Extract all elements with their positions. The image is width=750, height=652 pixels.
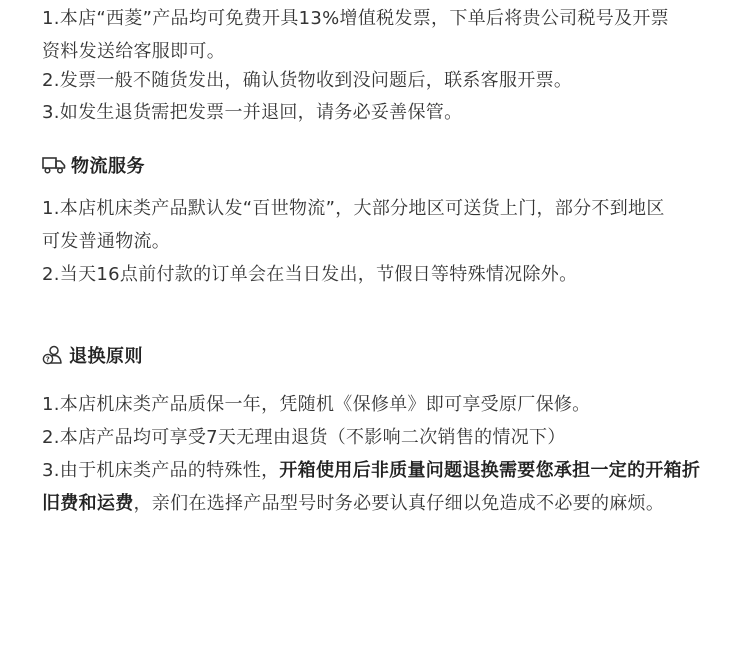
after-sales-info-page: 1.本店“西菱”产品均可免费开具13%增值税发票，下单后将贵公司税号及开票 资料… bbox=[0, 0, 750, 652]
returns-item-2-text: 2.本店产品均可享受7天无理由退货（不影响二次销售的情况下） bbox=[42, 427, 566, 448]
returns-title: 退换原则 bbox=[69, 342, 143, 368]
invoice-item-1: 1.本店“西菱”产品均可免费开具13%增值税发票，下单后将贵公司税号及开票 资料… bbox=[42, 2, 710, 68]
svg-text:?: ? bbox=[46, 356, 51, 364]
logistics-title: 物流服务 bbox=[71, 152, 145, 178]
truck-icon bbox=[42, 156, 66, 174]
invoice-item-2: 2.发票一般不随货发出，确认货物收到没问题后，联系客服开票。 bbox=[42, 64, 710, 97]
returns-item-2: 2.本店产品均可享受7天无理由退货（不影响二次销售的情况下） bbox=[42, 421, 710, 454]
logistics-heading: 物流服务 bbox=[42, 152, 145, 178]
invoice-item-3: 3.如发生退货需把发票一并退回，请务必妥善保管。 bbox=[42, 96, 710, 129]
returns-item-1: 1.本店机床类产品质保一年，凭随机《保修单》即可享受原厂保修。 bbox=[42, 388, 710, 421]
user-question-icon: ? bbox=[42, 345, 64, 365]
invoice-item-1-line2: 资料发送给客服即可。 bbox=[42, 41, 225, 62]
returns-item-3-suffix: ，亲们在选择产品型号时务必要认真仔细以免造成不必要的麻烦。 bbox=[134, 493, 665, 514]
returns-item-3-prefix: 3.由于机床类产品的特殊性， bbox=[42, 460, 279, 481]
logistics-item-2: 2.当天16点前付款的订单会在当日发出，节假日等特殊情况除外。 bbox=[42, 258, 710, 291]
logistics-item-1-line2: 可发普通物流。 bbox=[42, 231, 170, 252]
returns-item-3: 3.由于机床类产品的特殊性，开箱使用后非质量问题退换需要您承担一定的开箱折旧费和… bbox=[42, 454, 710, 520]
returns-item-1-text: 1.本店机床类产品质保一年，凭随机《保修单》即可享受原厂保修。 bbox=[42, 394, 590, 415]
logistics-item-2-text: 2.当天16点前付款的订单会在当日发出，节假日等特殊情况除外。 bbox=[42, 264, 577, 285]
invoice-item-2-text: 2.发票一般不随货发出，确认货物收到没问题后，联系客服开票。 bbox=[42, 70, 572, 91]
returns-heading: ? 退换原则 bbox=[42, 342, 143, 368]
logistics-item-1: 1.本店机床类产品默认发“百世物流”，大部分地区可送货上门，部分不到地区 可发普… bbox=[42, 192, 710, 258]
invoice-item-3-text: 3.如发生退货需把发票一并退回，请务必妥善保管。 bbox=[42, 102, 462, 123]
logistics-item-1-line1: 1.本店机床类产品默认发“百世物流”，大部分地区可送货上门，部分不到地区 bbox=[42, 198, 665, 219]
invoice-item-1-line1: 1.本店“西菱”产品均可免费开具13%增值税发票，下单后将贵公司税号及开票 bbox=[42, 8, 669, 29]
